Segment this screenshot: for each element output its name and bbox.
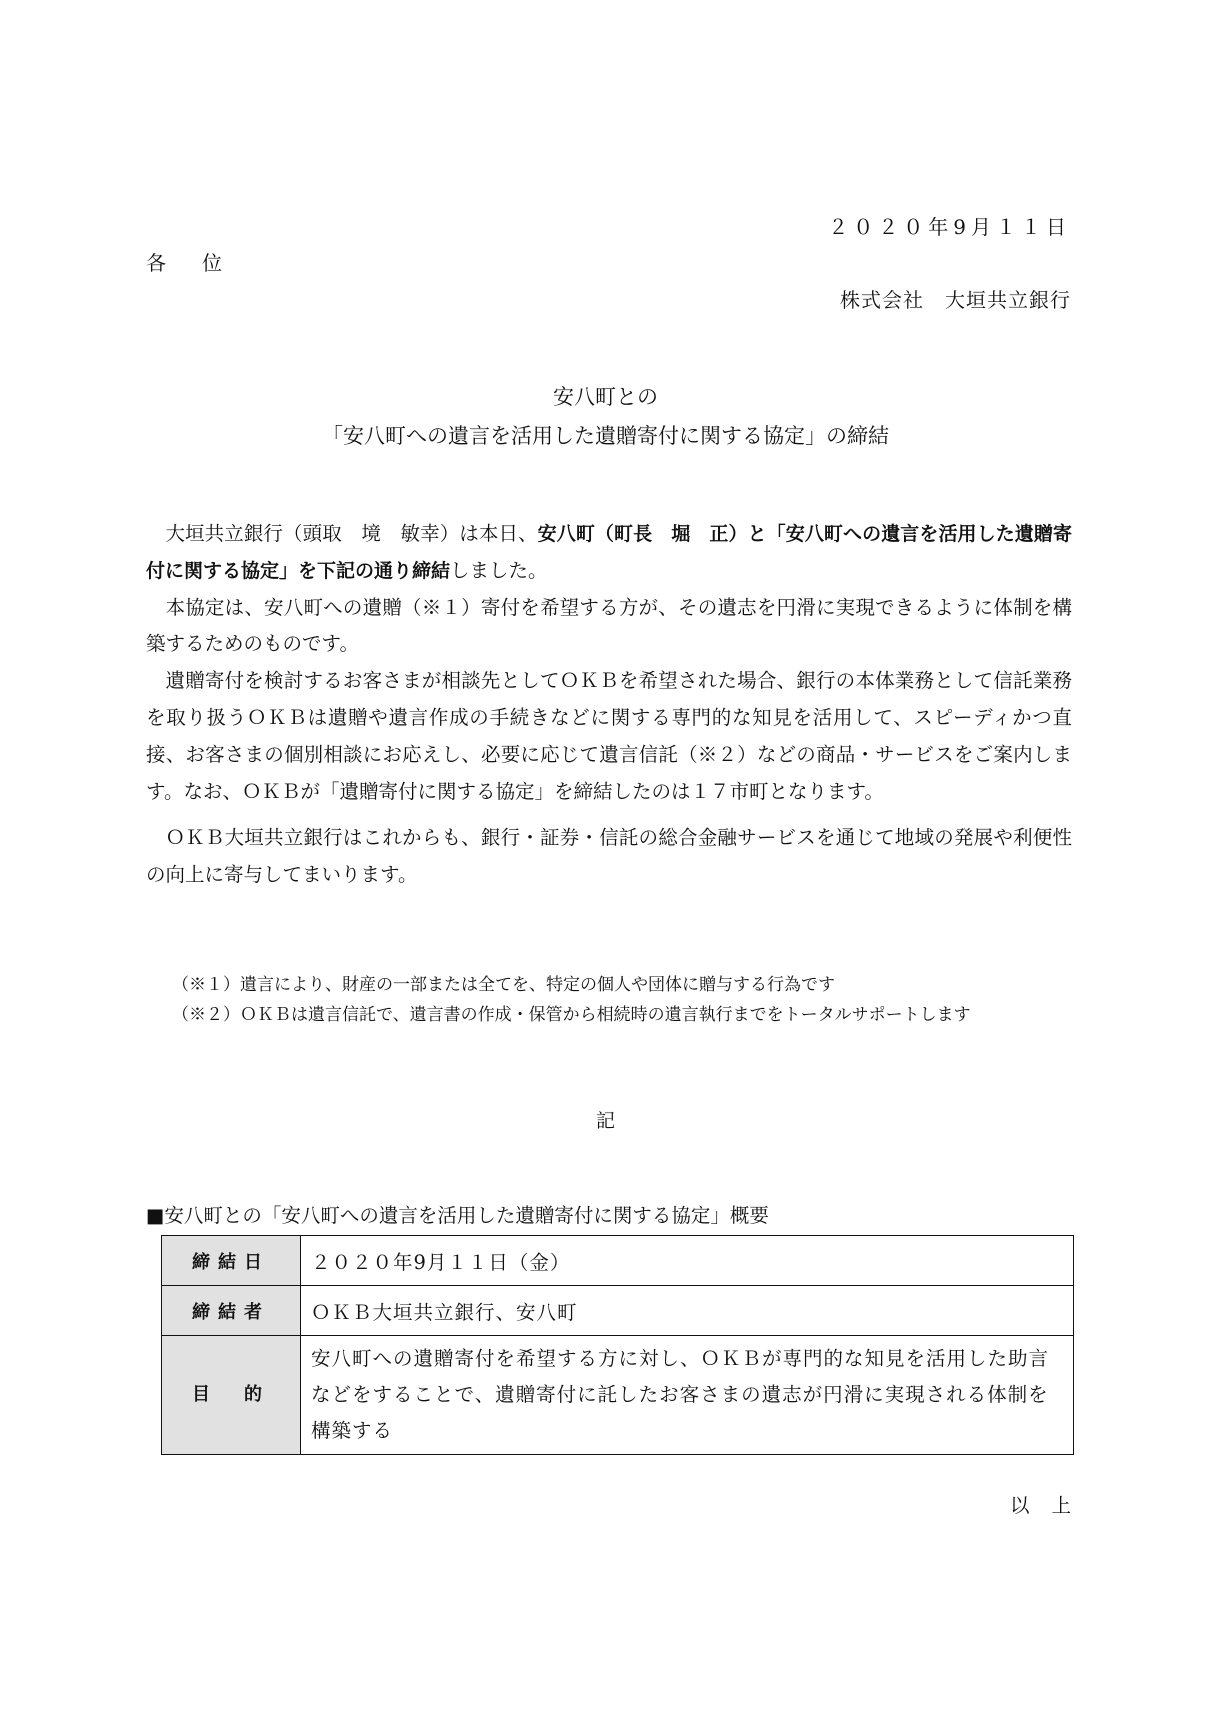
document-date: ２０２０年9月１１日 [828, 215, 1071, 239]
paragraph-1-intro: 大垣共立銀行（頭取 境 敏幸）は本日、 [166, 522, 538, 545]
footnotes: （※１）遺言により、財産の一部または全てを、特定の個人や団体に贈与する行為です … [172, 970, 971, 1030]
body-text: 大垣共立銀行（頭取 境 敏幸）は本日、安八町（町長 堀 正）と「安八町への遺言を… [146, 516, 1072, 894]
paragraph-1: 大垣共立銀行（頭取 境 敏幸）は本日、安八町（町長 堀 正）と「安八町への遺言を… [146, 516, 1072, 590]
row-value-parties: ＯＫＢ大垣共立銀行、安八町 [301, 1286, 1074, 1336]
summary-heading: ■安八町との「安八町への遺言を活用した遺贈寄付に関する協定」概要 [146, 1203, 769, 1229]
row-label-date: 締結日 [162, 1236, 301, 1286]
table-row: 締結者 ＯＫＢ大垣共立銀行、安八町 [162, 1286, 1074, 1336]
row-label-purpose: 目 的 [162, 1336, 301, 1455]
footnote-2: （※２）ＯＫＢは遺言信託で、遺言書の作成・保管から相続時の遺言執行までをトータル… [172, 1000, 971, 1030]
addressee: 各位 [146, 251, 222, 275]
row-value-purpose: 安八町への遺贈寄付を希望する方に対し、ＯＫＢが専門的な知見を活用した助言などをす… [301, 1336, 1074, 1455]
footnote-1: （※１）遺言により、財産の一部または全てを、特定の個人や団体に贈与する行為です [172, 970, 971, 1000]
paragraph-1-end: しました。 [450, 559, 548, 582]
paragraph-3: 遺贈寄付を検討するお客さまが相談先としてＯＫＢを希望された場合、銀行の本体業務と… [146, 663, 1072, 810]
row-value-date: ２０２０年9月１１日（金） [301, 1236, 1074, 1286]
summary-table: 締結日 ２０２０年9月１１日（金） 締結者 ＯＫＢ大垣共立銀行、安八町 目 的 … [161, 1235, 1074, 1455]
table-row: 目 的 安八町への遺贈寄付を希望する方に対し、ＯＫＢが専門的な知見を活用した助言… [162, 1336, 1074, 1455]
closing-mark: 以上 [1010, 1490, 1071, 1518]
addressee-char-2: 位 [202, 251, 222, 275]
closing-char-2: 上 [1051, 1494, 1071, 1517]
sender-company: 株式会社 大垣共立銀行 [840, 288, 1071, 312]
addressee-char-1: 各 [146, 251, 166, 275]
title-line-2: 「安八町への遺言を活用した遺贈寄付に関する協定」の締結 [0, 423, 1211, 449]
paragraph-4: ＯＫＢ大垣共立銀行はこれからも、銀行・証券・信託の総合金融サービスを通じて地域の… [146, 820, 1072, 894]
closing-char-1: 以 [1010, 1494, 1030, 1517]
title-line-1: 安八町との [0, 384, 1211, 410]
row-label-parties: 締結者 [162, 1286, 301, 1336]
paragraph-2: 本協定は、安八町への遺贈（※１）寄付を希望する方が、その遺志を円滑に実現できるよ… [146, 590, 1072, 664]
table-row: 締結日 ２０２０年9月１１日（金） [162, 1236, 1074, 1286]
ki-marker: 記 [0, 1106, 1211, 1133]
